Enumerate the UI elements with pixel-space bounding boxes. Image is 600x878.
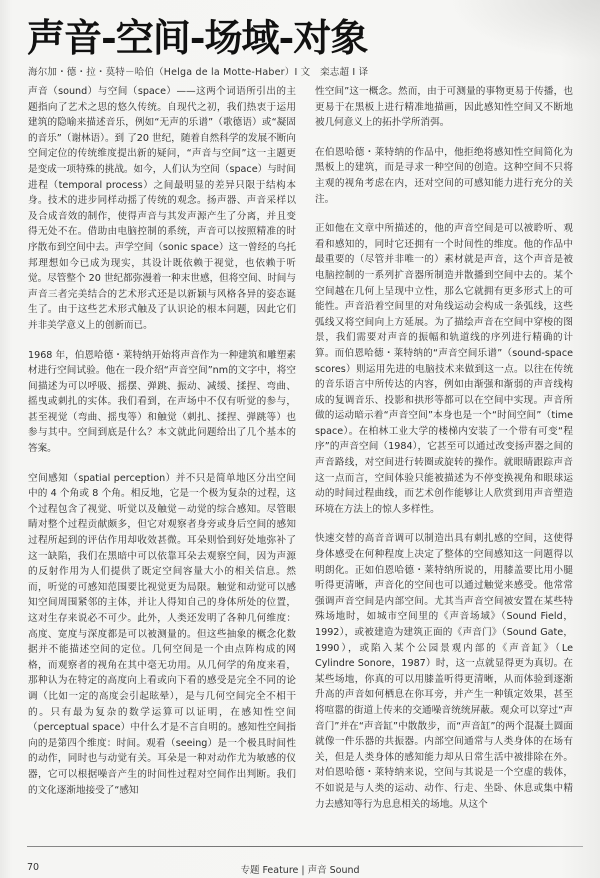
- article-byline: 海尔加・德・拉・莫特－哈伯（Helga de la Motte-Haber）I …: [28, 64, 368, 78]
- article-title: 声音-空间-场域-对象: [27, 16, 367, 60]
- paragraph: 快速交替的高音音调可以制造出具有刺扎感的空间，这使得身体感受在何种程度上决定了整…: [315, 531, 573, 812]
- paragraph: 空间感知（spatial perception）并不只是简单地区分出空间中的 4…: [28, 471, 296, 798]
- section-label: 专题 Feature | 声音 Sound: [0, 862, 600, 876]
- left-column: 声音（sound）与空间（space）——这两个词语所引出的主题指向了艺术之思的…: [28, 84, 296, 812]
- paragraph: 在伯恩哈德・莱特纳的作品中，他拒绝将感知性空间简化为黑板上的建筑，而是寻求一种空…: [315, 145, 573, 207]
- right-column: 性空间”这一概念。然而，由于可测量的事物更易于传播，也更易于在黑板上进行精准地描…: [315, 84, 573, 826]
- magazine-page: 声音-空间-场域-对象 海尔加・德・拉・莫特－哈伯（Helga de la Mo…: [0, 0, 600, 878]
- paragraph: 声音（sound）与空间（space）——这两个词语所引出的主题指向了艺术之思的…: [28, 84, 296, 334]
- paragraph: 1968 年，伯恩哈德・莱特纳开始将声音作为一种建筑和雕塑素材进行空间试验。他在…: [28, 348, 296, 457]
- footer-divider: [27, 846, 583, 847]
- paragraph: 性空间”这一概念。然而，由于可测量的事物更易于传播，也更易于在黑板上进行精准地描…: [315, 84, 573, 131]
- paragraph: 正如他在文章中所描述的，他的声音空间是可以被聆听、观看和感知的，同时它还拥有一个…: [315, 221, 573, 517]
